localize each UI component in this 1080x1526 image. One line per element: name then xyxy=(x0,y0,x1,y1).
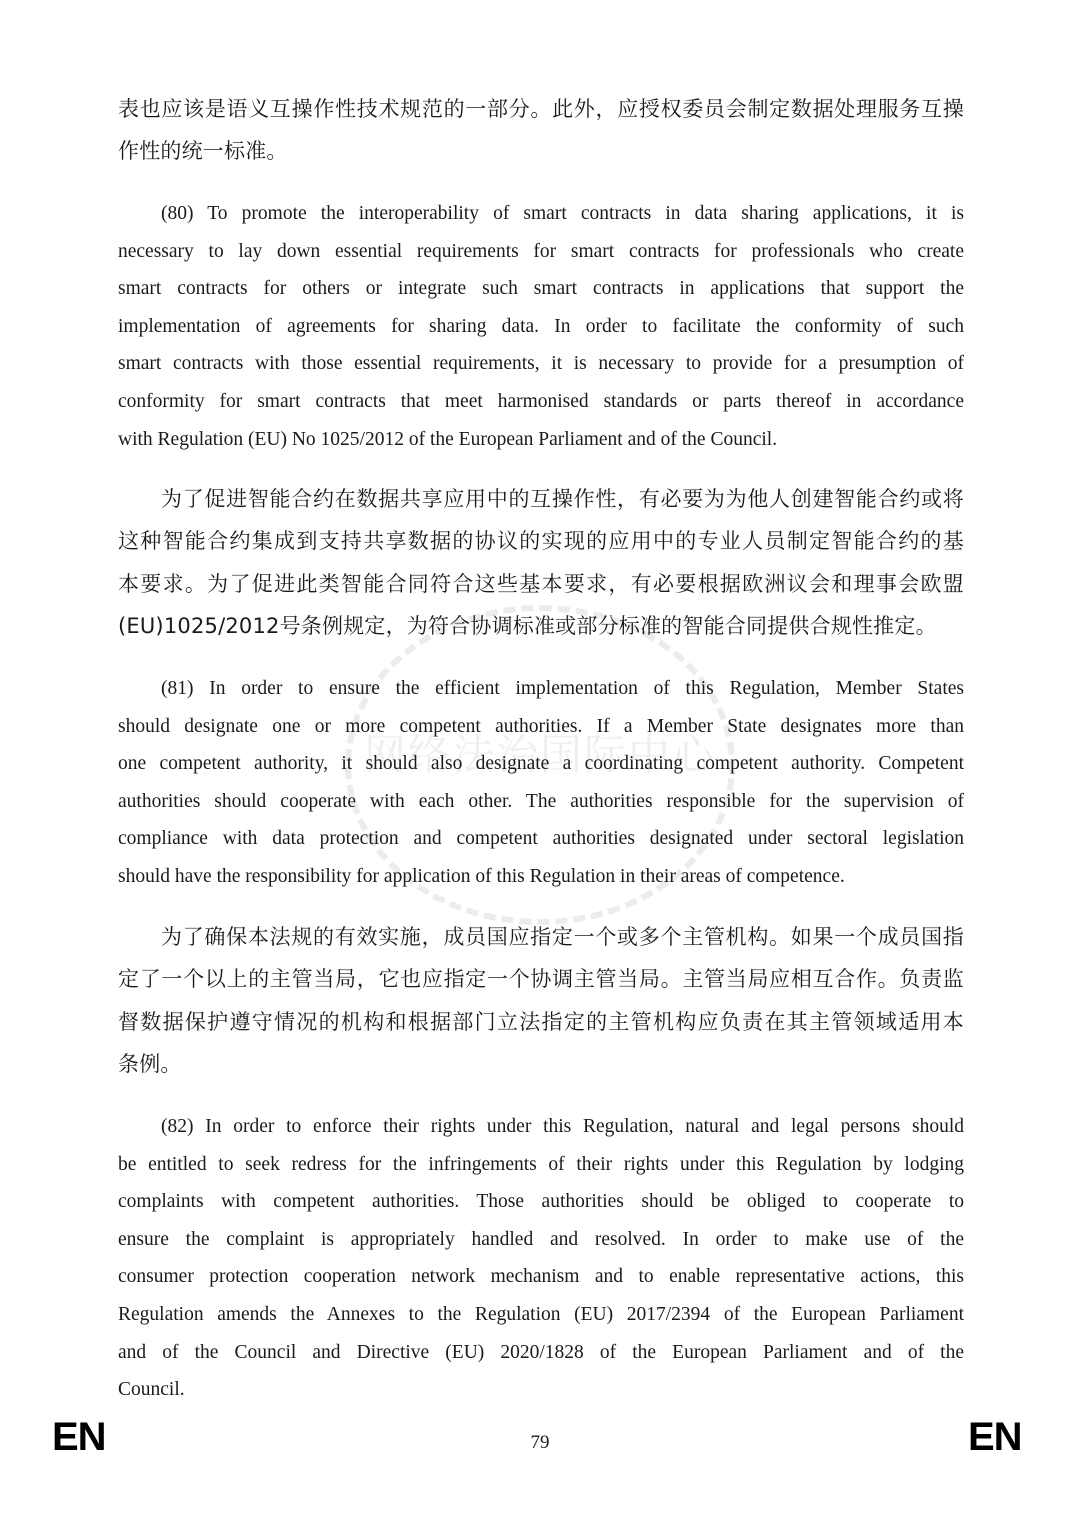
text-line: 条例。 xyxy=(118,1043,964,1085)
text-line: 本要求。为了促进此类智能合同符合这些基本要求，有必要根据欧洲议会和理事会欧盟 xyxy=(118,563,964,605)
text-line: 为了确保本法规的有效实施，成员国应指定一个或多个主管机构。如果一个成员国指 xyxy=(118,916,964,958)
text-line: with Regulation (EU) No 1025/2012 of the… xyxy=(118,421,964,459)
text-line: 为了促进智能合约在数据共享应用中的互操作性，有必要为为他人创建智能合约或将 xyxy=(118,478,964,520)
text-line: 督数据保护遵守情况的机构和根据部门立法指定的主管机构应负责在其主管领域适用本 xyxy=(118,1001,964,1043)
text-line: necessary to lay down essential requirem… xyxy=(118,233,964,271)
text-line: Council. xyxy=(118,1371,964,1409)
text-line: (EU)1025/2012号条例规定，为符合协调标准或部分标准的智能合同提供合规… xyxy=(118,605,964,647)
page-number: 79 xyxy=(0,1432,1080,1454)
text-line: smart contracts with those essential req… xyxy=(118,345,964,383)
paragraph-zh-79-tail: 表也应该是语义互操作性技术规范的一部分。此外，应授权委员会制定数据处理服务互操 … xyxy=(118,88,964,173)
document-page: 网络法治国际中心 表也应该是语义互操作性技术规范的一部分。此外，应授权委员会制定… xyxy=(0,0,1080,1526)
language-mark-right: EN xyxy=(968,1415,1022,1460)
text-line: complaints with competent authorities. T… xyxy=(118,1183,964,1221)
text-line: should have the responsibility for appli… xyxy=(118,858,964,896)
text-line: Regulation amends the Annexes to the Reg… xyxy=(118,1296,964,1334)
paragraph-zh-80: 为了促进智能合约在数据共享应用中的互操作性，有必要为为他人创建智能合约或将 这种… xyxy=(118,478,964,647)
text-line: 定了一个以上的主管当局，它也应指定一个协调主管当局。主管当局应相互合作。负责监 xyxy=(118,958,964,1000)
text-line: (81) In order to ensure the efficient im… xyxy=(118,670,964,708)
text-line: 表也应该是语义互操作性技术规范的一部分。此外，应授权委员会制定数据处理服务互操 xyxy=(118,88,964,130)
text-line: implementation of agreements for sharing… xyxy=(118,308,964,346)
paragraph-en-82: (82) In order to enforce their rights un… xyxy=(118,1108,964,1409)
paragraph-zh-81: 为了确保本法规的有效实施，成员国应指定一个或多个主管机构。如果一个成员国指 定了… xyxy=(118,916,964,1085)
text-line: 作性的统一标准。 xyxy=(118,130,964,172)
text-line: one competent authority, it should also … xyxy=(118,745,964,783)
text-line: authorities should cooperate with each o… xyxy=(118,783,964,821)
text-line: compliance with data protection and comp… xyxy=(118,820,964,858)
text-line: (82) In order to enforce their rights un… xyxy=(118,1108,964,1146)
text-line: 这种智能合约集成到支持共享数据的协议的实现的应用中的专业人员制定智能合约的基 xyxy=(118,520,964,562)
text-line: ensure the complaint is appropriately ha… xyxy=(118,1221,964,1259)
text-line: smart contracts for others or integrate … xyxy=(118,270,964,308)
text-line: be entitled to seek redress for the infr… xyxy=(118,1146,964,1184)
text-line: conformity for smart contracts that meet… xyxy=(118,383,964,421)
text-line: and of the Council and Directive (EU) 20… xyxy=(118,1334,964,1372)
paragraph-en-80: (80) To promote the interoperability of … xyxy=(118,195,964,458)
paragraph-en-81: (81) In order to ensure the efficient im… xyxy=(118,670,964,896)
text-line: should designate one or more competent a… xyxy=(118,708,964,746)
text-line: (80) To promote the interoperability of … xyxy=(118,195,964,233)
text-line: consumer protection cooperation network … xyxy=(118,1258,964,1296)
